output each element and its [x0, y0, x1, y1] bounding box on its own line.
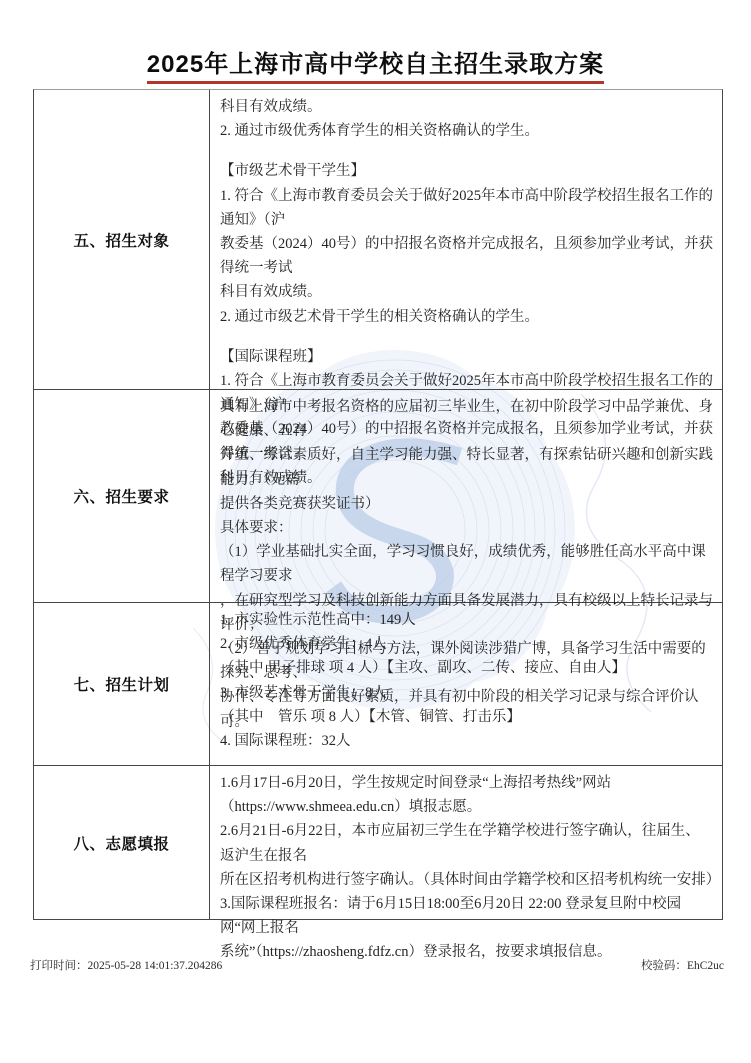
text-line — [220, 329, 714, 345]
row-content: 具有上海市中考报名资格的应届初三毕业生，在初中阶段学习中品学兼优、身心健康、五育… — [210, 390, 722, 602]
text-line: 系统”（https://zhaosheng.fdfz.cn）登录报名，按要求填报… — [220, 940, 714, 964]
row-label: 六、招生要求 — [34, 390, 210, 602]
row-label: 七、招生计划 — [34, 603, 210, 765]
row-content: 1.6月17日-6月20日，学生按规定时间登录“上海招考热线”网站（https:… — [210, 766, 722, 919]
text-line: 2. 通过市级艺术骨干学生的相关资格确认的学生。 — [220, 305, 714, 329]
admission-plan-table: 五、招生对象 科目有效成绩。2. 通过市级优秀体育学生的相关资格确认的学生。【市… — [33, 89, 723, 920]
row-content: 科目有效成绩。2. 通过市级优秀体育学生的相关资格确认的学生。【市级艺术骨干学生… — [210, 90, 722, 389]
text-line: 3. 市级艺术骨干学生：8人 — [220, 681, 714, 705]
text-line: （1）学业基础扎实全面，学习习惯良好，成绩优秀，能够胜任高水平高中课程学习要求 — [220, 540, 714, 588]
checksum: 校验码：EhC2uc — [641, 957, 724, 973]
text-line: 【国际课程班】 — [220, 345, 714, 369]
text-line: 1. 市实验性示范性高中：149人 — [220, 608, 714, 632]
text-line — [220, 143, 714, 159]
text-line: （其中 管乐 项 8 人）【木管、铜管、打击乐】 — [220, 705, 714, 729]
table-row-enrollment-targets: 五、招生对象 科目有效成绩。2. 通过市级优秀体育学生的相关资格确认的学生。【市… — [34, 90, 722, 389]
checksum-label: 校验码： — [641, 960, 687, 972]
text-line: 3.国际课程班报名：请于6月15日18:00至6月20日 22:00 登录复旦附… — [220, 892, 714, 940]
text-line: 具有上海市中考报名资格的应届初三毕业生，在初中阶段学习中品学兼优、身心健康、五育 — [220, 395, 714, 443]
print-time: 打印时间：2025-05-28 14:01:37.204286 — [30, 957, 222, 973]
text-line: 【市级艺术骨干学生】 — [220, 159, 714, 183]
document-page: 2025年上海市高中学校自主招生录取方案 — [0, 0, 751, 1063]
text-line: 科目有效成绩。 — [220, 95, 714, 119]
text-line: 具体要求： — [220, 516, 714, 540]
text-line: 所在区招考机构进行签字确认。（具体时间由学籍学校和区招考机构统一安排） — [220, 868, 714, 892]
text-line: 2. 通过市级优秀体育学生的相关资格确认的学生。 — [220, 119, 714, 143]
text-line: 1. 符合《上海市教育委员会关于做好2025年本市高中阶段学校招生报名工作的通知… — [220, 184, 714, 232]
print-time-value: 2025-05-28 14:01:37.204286 — [88, 960, 223, 972]
text-line: （其中 男子排球 项 4 人）【主攻、副攻、二传、接应、自由人】 — [220, 656, 714, 680]
text-line: 科目有效成绩。 — [220, 280, 714, 304]
row-content: 1. 市实验性示范性高中：149人2. 市级优秀体育学生：4人（其中 男子排球 … — [210, 603, 722, 765]
text-line: 并重、综合素质好，自主学习能力强、特长显著，有探索钻研兴趣和创新实践能力。（无需 — [220, 443, 714, 491]
row-label: 八、志愿填报 — [34, 766, 210, 919]
table-row-enrollment-requirements: 六、招生要求 具有上海市中考报名资格的应届初三毕业生，在初中阶段学习中品学兼优、… — [34, 389, 722, 602]
text-line: 2. 市级优秀体育学生：4人 — [220, 632, 714, 656]
text-line: （https://www.shmeea.edu.cn）填报志愿。 — [220, 795, 714, 819]
text-line: 提供各类竞赛获奖证书） — [220, 492, 714, 516]
page-title: 2025年上海市高中学校自主招生录取方案 — [147, 44, 604, 84]
table-row-enrollment-plan: 七、招生计划 1. 市实验性示范性高中：149人2. 市级优秀体育学生：4人（其… — [34, 602, 722, 765]
text-line: 教委基（2024）40号）的中招报名资格并完成报名，且须参加学业考试，并获得统一… — [220, 232, 714, 280]
text-line: 2.6月21日-6月22日，本市应届初三学生在学籍学校进行签字确认，往届生、返沪… — [220, 819, 714, 867]
table-row-application: 八、志愿填报 1.6月17日-6月20日，学生按规定时间登录“上海招考热线”网站… — [34, 765, 722, 919]
print-time-label: 打印时间： — [30, 960, 88, 972]
title-area: 2025年上海市高中学校自主招生录取方案 — [0, 44, 751, 84]
text-line: 1.6月17日-6月20日，学生按规定时间登录“上海招考热线”网站 — [220, 771, 714, 795]
checksum-value: EhC2uc — [687, 960, 724, 972]
row-label: 五、招生对象 — [34, 90, 210, 389]
text-line: 4. 国际课程班：32人 — [220, 729, 714, 753]
